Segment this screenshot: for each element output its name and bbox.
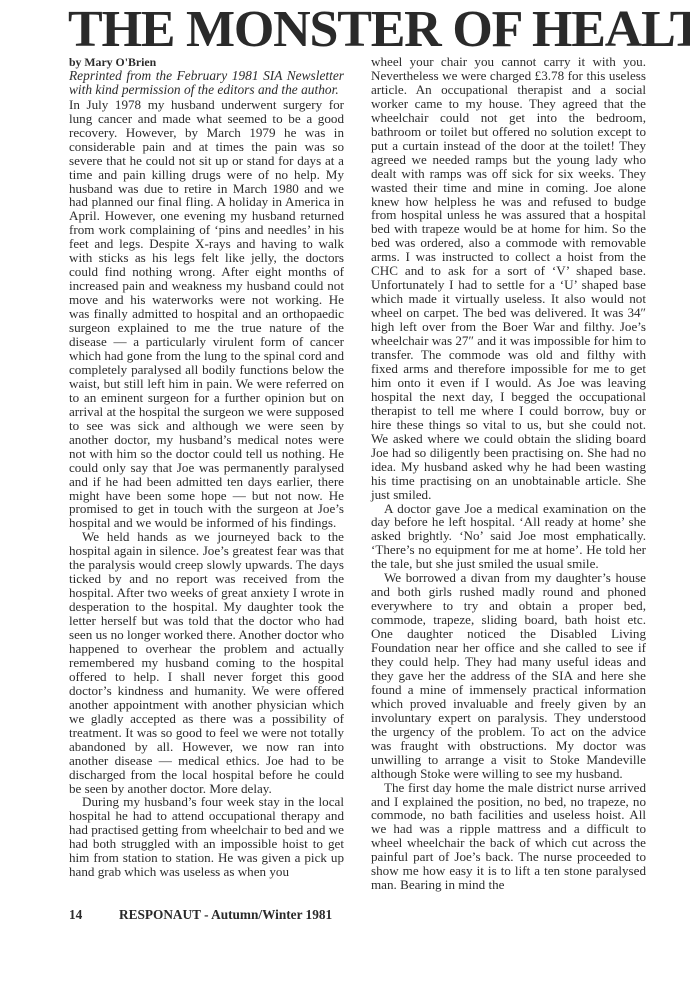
document-page: THE MONSTER OF HEALTH by Mary O'Brien Re…	[0, 0, 690, 983]
paragraph: In July 1978 my husband underwent surger…	[69, 98, 344, 531]
paragraph: We held hands as we journeyed back to th…	[69, 530, 344, 795]
right-column: wheel your chair you cannot carry it wit…	[371, 55, 646, 892]
publication-name: RESPONAUT - Autumn/Winter 1981	[119, 907, 332, 922]
left-column: by Mary O'Brien Reprinted from the Febru…	[69, 55, 344, 879]
paragraph: The first day home the male district nur…	[371, 781, 646, 893]
page-number: 14	[69, 907, 119, 923]
page-footer: 14RESPONAUT - Autumn/Winter 1981	[69, 907, 369, 923]
paragraph: During my husband’s four week stay in th…	[69, 795, 344, 879]
reprint-note: Reprinted from the February 1981 SIA New…	[69, 69, 344, 98]
paragraph: wheel your chair you cannot carry it wit…	[371, 55, 646, 502]
paragraph: We borrowed a divan from my daughter’s h…	[371, 571, 646, 780]
article-title: THE MONSTER OF HEALTH	[68, 6, 634, 54]
paragraph: A doctor gave Joe a medical examination …	[371, 502, 646, 572]
byline: by Mary O'Brien	[69, 55, 344, 69]
